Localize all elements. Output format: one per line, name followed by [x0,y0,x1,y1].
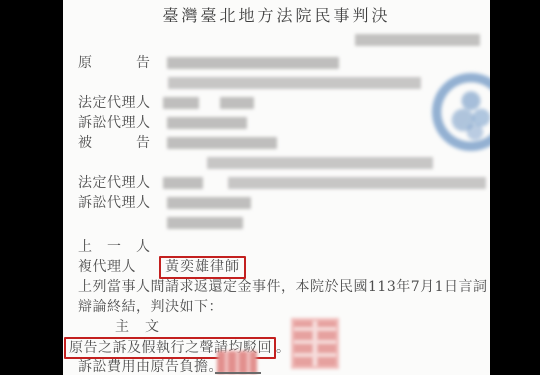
redaction-address [228,177,486,189]
party-label: 原 告 [78,55,151,71]
party-label: 法定代理人 [78,175,151,191]
party-row-litigation-agent-2b [63,213,490,233]
party-label: 複代理人 [78,259,136,275]
judgment-title: 臺灣臺北地方法院民事判決 [63,6,490,26]
redaction-name [220,97,254,109]
party-label: 被 告 [78,135,151,151]
preamble-line-1: 上列當事人間請求返還定金事件，本院於民國113年7月1日言詞 [63,277,490,297]
stamp-underline [215,372,261,374]
party-row-sub-agent: 複代理人 黃奕雄律師 [63,257,490,277]
screenshot-root: { "page": { "letterbox_color": "#000000"… [0,0,540,375]
party-row-defendant: 被 告 [63,133,490,153]
redaction-name [163,177,203,189]
case-number-redaction [355,34,480,46]
party-label: 訴訟代理人 [78,115,151,131]
party-row-defendant-address [63,153,490,173]
party-label: 訴訟代理人 [78,195,151,211]
party-row-plaintiff: 原 告 [63,53,490,73]
lawyer-name: 黃奕雄律師 [165,259,240,275]
redaction-name [167,57,339,69]
redaction-name [167,117,247,129]
redaction-address [168,77,421,89]
party-row-litigation-agent-2: 訴訟代理人 [63,193,490,213]
holding-line-1: 原告之訴及假執行之聲請均駁回 。 [63,337,490,357]
redaction-name [167,137,277,149]
redaction-name [167,217,243,229]
preamble-line-2: 辯論終結，判決如下： [63,297,490,317]
party-row-plaintiff-address [63,73,490,93]
red-seal-stamp-small-icon [217,351,257,374]
case-number-row [63,34,490,47]
redaction-name [167,197,251,209]
party-label: 上 一 人 [78,239,151,255]
party-row-above-person: 上 一 人 [63,237,490,257]
party-row-legal-rep-2: 法定代理人 [63,173,490,193]
party-row-litigation-agent-1: 訴訟代理人 [63,113,490,133]
red-seal-stamp-large-icon [291,318,339,369]
redaction-name [163,97,199,109]
highlight-box-lawyer: 黃奕雄律師 [159,256,246,279]
party-label: 法定代理人 [78,95,151,111]
main-text-heading: 主 文 [63,317,490,337]
redaction-address [207,157,433,169]
party-list: 原 告 法定代理人 訴訟代理人 被 告 法定代理人 [63,53,490,375]
party-row-legal-rep-1: 法定代理人 [63,93,490,113]
holding-line-2: 訴訟費用由原告負擔。 [63,357,490,375]
judgment-page: 臺灣臺北地方法院民事判決 原 告 法定代理人 訴訟代理人 被 告 [63,0,490,375]
holding-punctuation: 。 [276,340,291,356]
